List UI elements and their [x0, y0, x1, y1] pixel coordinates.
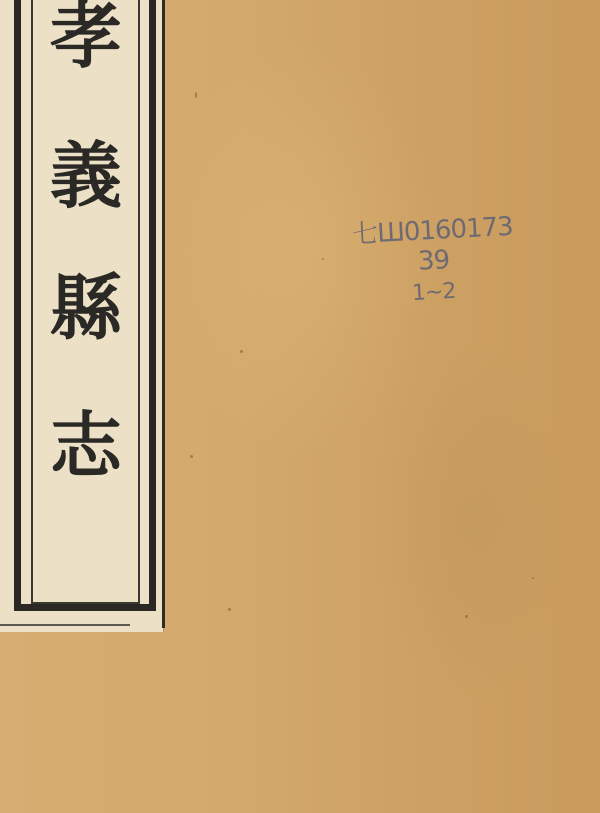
- stain-speck: [190, 455, 193, 458]
- stain-speck: [465, 615, 468, 618]
- stain-speck: [532, 577, 534, 579]
- title-char-2: 義: [34, 140, 138, 212]
- range-note: 1~2: [411, 279, 456, 306]
- stain-speck: [228, 608, 231, 611]
- stain-speck: [240, 350, 243, 353]
- stain-speck: [195, 92, 197, 98]
- title-label-strip: 孝 義 縣 志: [0, 0, 163, 632]
- volume-number-note: 39: [417, 245, 450, 277]
- title-char-3: 縣: [34, 272, 138, 344]
- title-column: 孝 義 縣 志: [34, 0, 138, 600]
- label-bottom-line: [0, 624, 130, 626]
- label-edge-line: [162, 0, 165, 628]
- title-char-1: 孝: [34, 0, 138, 72]
- stain-speck: [322, 258, 324, 260]
- title-char-4: 志: [34, 410, 138, 482]
